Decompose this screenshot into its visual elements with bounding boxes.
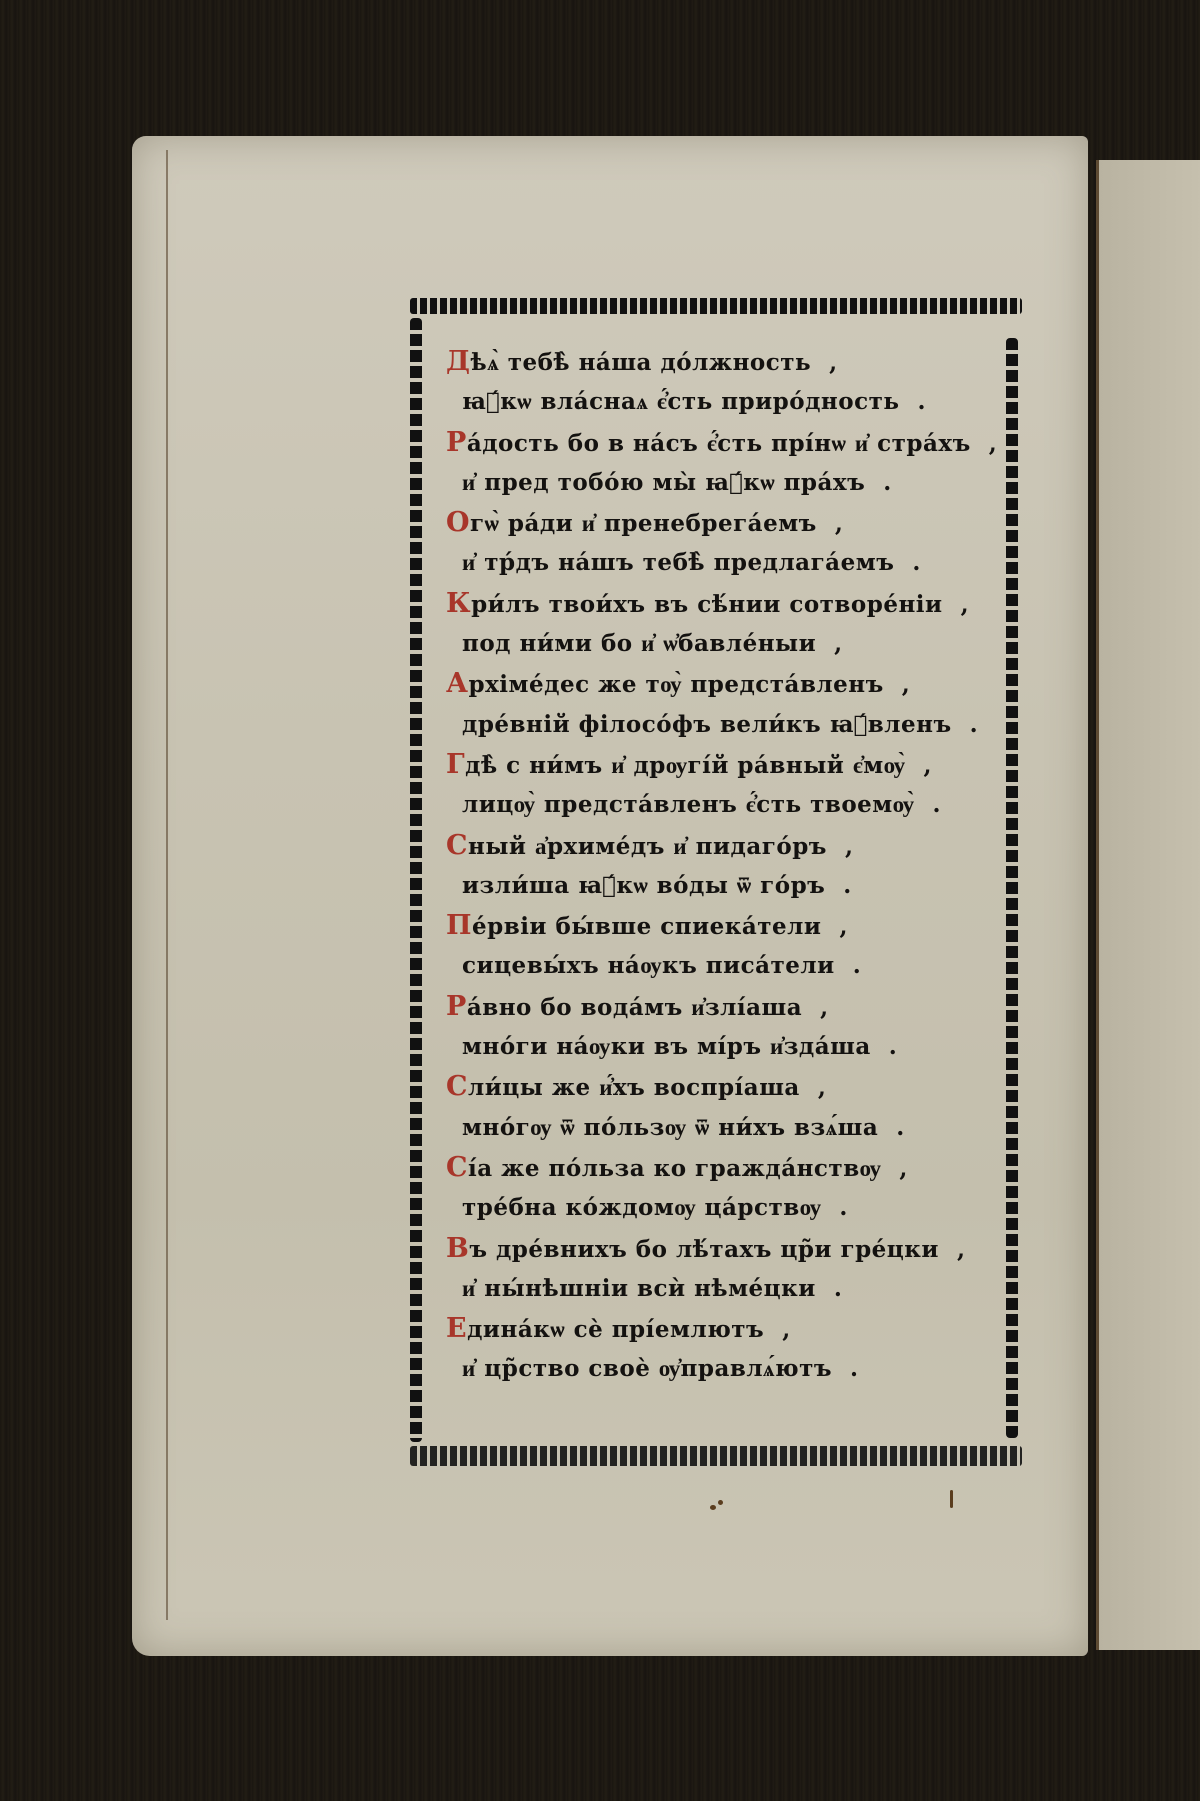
verse-punctuation: . — [932, 785, 941, 825]
verse-line-text: сицевы́хъ на́ѹкъ писа́тели — [462, 952, 835, 979]
verse-punctuation: . — [834, 1269, 843, 1309]
verse-punctuation: , — [899, 1149, 908, 1189]
rubric-initial: С — [446, 830, 468, 861]
rubric-initial: Е — [446, 1313, 467, 1344]
rubric-initial: Г — [446, 749, 465, 780]
verse-text: Дѣѧ̀ тебѣ̀ на́ша до́лжность,ꙗ҆́кѡ вла́сн… — [446, 342, 1006, 1390]
verse-punctuation: , — [957, 1230, 966, 1270]
verse-line: мно́ги на́ѹки въ мі́ръ и҆зда́ша. — [446, 1027, 1006, 1067]
rubric-initial: Р — [446, 991, 467, 1022]
ink-spot — [710, 1505, 716, 1510]
verse-line: Ра́вно бо вода́мъ и҆злі́аша, — [446, 987, 1006, 1027]
verse-line-text: тре́бна ко́ждомѹ ца́рствѹ — [462, 1194, 821, 1221]
ornament-border-bottom — [410, 1446, 1022, 1466]
verse-line-text: дина́кѡ сѐ прі́емлютъ — [467, 1316, 764, 1343]
verse-line-text: ѣѧ̀ тебѣ̀ на́ша до́лжность — [471, 349, 812, 376]
verse-line-text: дре́вній філосо́фъ вели́къ ꙗ҆́вленъ — [462, 711, 952, 738]
verse-line-text: ли́цы же и҆́хъ воспрі́аша — [468, 1074, 800, 1101]
verse-line: Сный а҆рхиме́дъ и҆ пидаго́ръ, — [446, 826, 1006, 866]
verse-line: Едина́кѡ сѐ прі́емлютъ, — [446, 1309, 1006, 1349]
verse-line-text: и҆ цр̃ство своѐ ѹ҆правлѧ́ютъ — [462, 1355, 832, 1382]
verse-punctuation: , — [834, 624, 843, 664]
verse-punctuation: , — [961, 585, 970, 625]
rubric-initial: О — [446, 507, 470, 538]
ink-mark — [950, 1490, 953, 1508]
rubric-initial: С — [446, 1071, 468, 1102]
verse-line: лицѹ̀ предста́вленъ є҆́сть твоемѹ̀. — [446, 785, 1006, 825]
verse-line: дре́вній філосо́фъ вели́къ ꙗ҆́вленъ. — [446, 705, 1006, 745]
verse-line: и҆ цр̃ство своѐ ѹ҆правлѧ́ютъ. — [446, 1349, 1006, 1389]
verse-line-text: ный а҆рхиме́дъ и҆ пидаго́ръ — [468, 833, 827, 860]
verse-line-text: мно́ги на́ѹки въ мі́ръ и҆зда́ша — [462, 1033, 871, 1060]
verse-line: Гдѣ̀ с ни́мъ и҆ дрѹгі́й ра́вный є҆мѹ̀, — [446, 745, 1006, 785]
verse-line-text: і́а же по́льза ко гражда́нствѹ — [468, 1155, 881, 1182]
verse-line: Огѡ̀ ра́ди и҆ пренебрега́емъ, — [446, 503, 1006, 543]
verse-punctuation: , — [782, 1310, 791, 1350]
verse-line-text: под ни́ми бо и҆ ѡ҆бавле́ныи — [462, 630, 816, 657]
verse-punctuation: . — [896, 1108, 905, 1148]
verse-punctuation: . — [839, 1188, 848, 1228]
verse-line: и҆ ны́нѣшніи всѝ нѣме́цки. — [446, 1269, 1006, 1309]
verse-line: Сли́цы же и҆́хъ воспрі́аша, — [446, 1067, 1006, 1107]
verse-punctuation: , — [845, 827, 854, 867]
verse-line-text: и҆ тр́дъ на́шъ тебѣ̀ предлага́емъ — [462, 549, 894, 576]
verse-line-text: лицѹ̀ предста́вленъ є҆́сть твоемѹ̀ — [462, 791, 914, 818]
ornament-border-top — [410, 298, 1022, 314]
rubric-initial: А — [446, 668, 469, 699]
verse-line-text: ри́лъ твои́хъ въ сѣ́нии сотворе́ніи — [471, 591, 943, 618]
verse-line-text: и҆ пред тобо́ю мы̀ ꙗ҆́кѡ пра́хъ — [462, 469, 865, 496]
verse-line-text: ꙗ҆́кѡ вла́снаѧ є҆́сть приро́дность — [462, 388, 899, 415]
verse-line-text: ъ дре́внихъ бо лѣ́тахъ цр̃и гре́цки — [469, 1236, 939, 1263]
verse-punctuation: , — [902, 665, 911, 705]
verse-line: тре́бна ко́ждомѹ ца́рствѹ. — [446, 1188, 1006, 1228]
verse-line: мно́гѹ ѿ по́льзѹ ѿ ни́хъ взѧ́ша. — [446, 1108, 1006, 1148]
verse-line-text: е́рвіи бы́вше спиека́тели — [472, 913, 821, 940]
verse-punctuation: , — [829, 343, 838, 383]
rubric-initial: С — [446, 1152, 468, 1183]
verse-line: Пе́рвіи бы́вше спиека́тели, — [446, 906, 1006, 946]
verse-line-text: гѡ̀ ра́ди и҆ пренебрега́емъ — [470, 510, 817, 537]
rubric-initial: П — [446, 910, 472, 941]
verse-punctuation: . — [889, 1027, 898, 1067]
verse-line: Въ дре́внихъ бо лѣ́тахъ цр̃и гре́цки, — [446, 1229, 1006, 1269]
rubric-initial: В — [446, 1233, 469, 1264]
page-fold-line — [166, 150, 168, 1620]
rubric-initial: К — [446, 588, 471, 619]
verse-punctuation: , — [839, 907, 848, 947]
verse-line-text: мно́гѹ ѿ по́льзѹ ѿ ни́хъ взѧ́ша — [462, 1114, 878, 1141]
ink-spot — [718, 1500, 723, 1505]
verse-punctuation: . — [917, 382, 926, 422]
verse-punctuation: , — [818, 1068, 827, 1108]
verse-line-text: а́дость бо в на́съ є҆́сть прі́нѡ и҆ стра… — [467, 430, 971, 457]
verse-line: Архіме́дес же тѹ̀ предста́вленъ, — [446, 664, 1006, 704]
verse-line: ꙗ҆́кѡ вла́снаѧ є҆́сть приро́дность. — [446, 382, 1006, 422]
verse-line: Сі́а же по́льза ко гражда́нствѹ, — [446, 1148, 1006, 1188]
verse-line-text: а́вно бо вода́мъ и҆злі́аша — [467, 994, 802, 1021]
verse-punctuation: , — [820, 988, 829, 1028]
rubric-initial: Р — [446, 427, 467, 458]
ornament-border-left — [410, 318, 422, 1442]
verse-punctuation: . — [970, 705, 979, 745]
verse-line: Дѣѧ̀ тебѣ̀ на́ша до́лжность, — [446, 342, 1006, 382]
ornament-border-right — [1006, 338, 1018, 1438]
verse-line: Ра́дость бо в на́съ є҆́сть прі́нѡ и҆ стр… — [446, 423, 1006, 463]
verse-line: и҆ тр́дъ на́шъ тебѣ̀ предлага́емъ. — [446, 543, 1006, 583]
verse-punctuation: . — [853, 946, 862, 986]
verse-line: сицевы́хъ на́ѹкъ писа́тели. — [446, 946, 1006, 986]
verse-punctuation: , — [835, 504, 844, 544]
verse-punctuation: , — [923, 746, 932, 786]
verse-punctuation: . — [912, 543, 921, 583]
adjacent-page — [1096, 160, 1200, 1650]
ornamental-frame: Дѣѧ̀ тебѣ̀ на́ша до́лжность,ꙗ҆́кѡ вла́сн… — [410, 298, 1022, 1466]
verse-punctuation: , — [989, 424, 998, 464]
verse-line-text: изли́ша ꙗ҆́кѡ во́ды ѿ го́ръ — [462, 872, 825, 899]
verse-punctuation: . — [843, 866, 852, 906]
rubric-initial: Д — [446, 346, 471, 377]
verse-line-text: дѣ̀ с ни́мъ и҆ дрѹгі́й ра́вный є҆мѹ̀ — [465, 752, 905, 779]
verse-punctuation: . — [883, 463, 892, 503]
verse-punctuation: . — [850, 1349, 859, 1389]
verse-line-text: рхіме́дес же тѹ̀ предста́вленъ — [469, 671, 884, 698]
verse-line-text: и҆ ны́нѣшніи всѝ нѣме́цки — [462, 1275, 816, 1302]
verse-line: под ни́ми бо и҆ ѡ҆бавле́ныи, — [446, 624, 1006, 664]
verse-line: изли́ша ꙗ҆́кѡ во́ды ѿ го́ръ. — [446, 866, 1006, 906]
verse-line: и҆ пред тобо́ю мы̀ ꙗ҆́кѡ пра́хъ. — [446, 463, 1006, 503]
verse-line: Кри́лъ твои́хъ въ сѣ́нии сотворе́ніи, — [446, 584, 1006, 624]
